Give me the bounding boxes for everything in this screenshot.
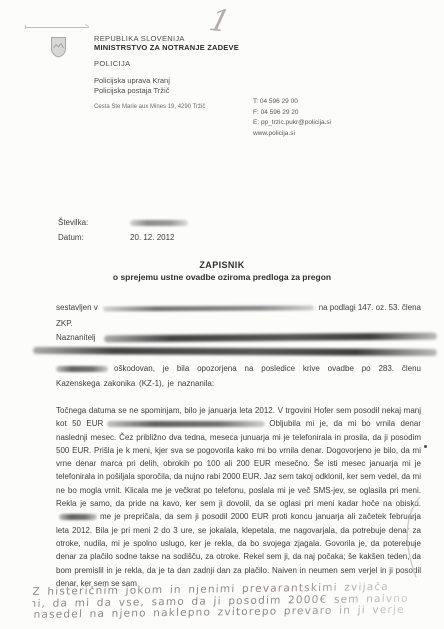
redaction-number (130, 220, 188, 226)
intro-legal-basis: na podlagi 147. oz. 53. člena (319, 300, 421, 316)
reporter-warning-paragraph: oškodovan, je bila opozorjena na posledi… (56, 362, 421, 391)
document-meta: Številka: Datum: 20. 12. 2012 (58, 216, 188, 245)
statement-part2: Obljubila mi je, da mi bo vrnila denar n… (56, 419, 421, 508)
title-subtitle: o sprejemu ustne ovadbe oziroma predloga… (0, 271, 444, 283)
redaction-reporter-name (56, 366, 108, 372)
title-main: ZAPISNIK (0, 259, 444, 271)
date-value: 20. 12. 2012 (130, 231, 174, 246)
police-station: Policijska postaja Tržič (94, 86, 239, 96)
document-title: ZAPISNIK o sprejemu ustne ovadbe oziroma… (0, 259, 444, 283)
police-directorate: Policijska uprava Kranj (94, 76, 239, 86)
coat-of-arms-icon (50, 36, 67, 58)
intro-prefix: sestavljen v (56, 300, 98, 316)
email-address: E: pp_trzic.pukr@policija.si (253, 118, 331, 129)
reporter-section: Naznanitelj (56, 333, 437, 342)
redaction-suspect-name-1 (107, 421, 265, 427)
reporter-warning-text: oškodovan, je bila opozorjena na posledi… (56, 364, 421, 388)
number-label: Številka: (58, 216, 130, 231)
website-url: www.policija.si (253, 129, 331, 140)
redaction-reporter-identity-1 (104, 333, 437, 343)
country-name: REPUBLIKA SLOVENIJA (94, 34, 239, 43)
handwritten-annotation: Z histeričnim jokom in njenimi prevarant… (31, 581, 444, 621)
contact-block: T: 04 596 29 00 F: 04 596 29 20 E: pp_tr… (253, 97, 331, 139)
reporter-label: Naznanitelj (56, 333, 96, 342)
redaction-reporter-identity-2 (33, 347, 437, 356)
margin-dot-mark (424, 445, 427, 448)
scanned-document-page: 1 REPUBLIKA SLOVENIJA MINISTRSTVO ZA NOT… (0, 0, 444, 629)
fax-number: F: 04 596 29 20 (253, 108, 331, 119)
phone-number: T: 04 596 29 00 (253, 97, 331, 108)
letterhead: REPUBLIKA SLOVENIJA MINISTRSTVO ZA NOTRA… (50, 34, 239, 112)
pencil-mark-line (25, 27, 89, 28)
redaction-location (103, 305, 314, 311)
ministry-name: MINISTRSTVO ZA NOTRANJE ZADEVE (94, 43, 239, 52)
date-label: Datum: (58, 231, 130, 246)
intro-continuation: ZKP. (56, 316, 421, 332)
redaction-suspect-name-2 (59, 514, 97, 520)
statement-part3: me je prepričala, da sem ji posodil 2000… (56, 512, 421, 587)
agency-name: POLICIJA (94, 59, 239, 68)
station-address: Cesta Ste Marie aux Mines 19, 4290 Tržič (94, 103, 239, 112)
margin-pencil-curve (398, 495, 428, 580)
statement-paragraph: Točnega datuma se ne spominjam, bilo je … (56, 404, 421, 590)
intro-clause: sestavljen v na podlagi 147. oz. 53. čle… (56, 300, 421, 332)
